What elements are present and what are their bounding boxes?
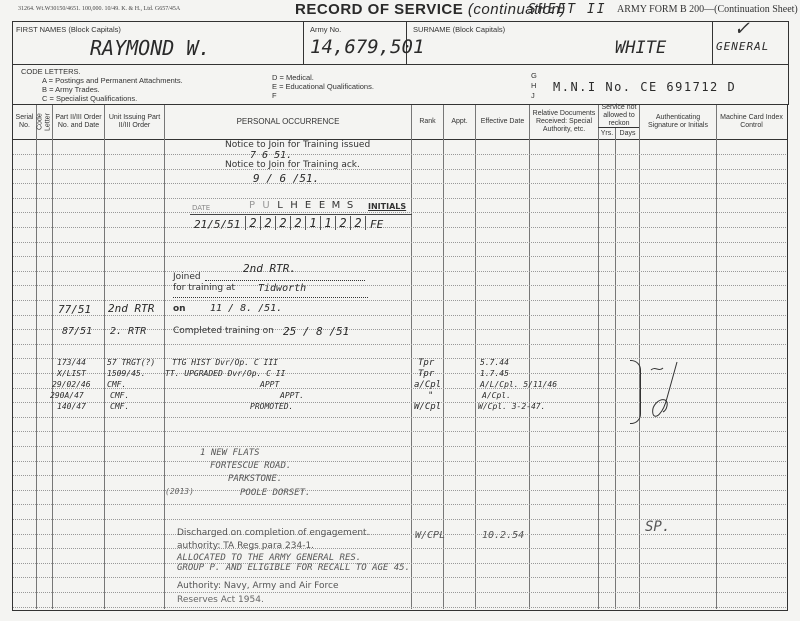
pulheems-h: H xyxy=(287,200,301,211)
pulheems-l: L xyxy=(273,200,287,211)
header-separator xyxy=(12,139,788,140)
army-no-label: Army No. xyxy=(310,25,341,34)
col-rank: Rank xyxy=(412,105,443,139)
code-j: J xyxy=(531,91,535,100)
pulheems-value: 2 xyxy=(260,216,275,230)
allocated-line-2: GROUP P. AND ELIGIBLE FOR RECALL TO AGE … xyxy=(177,563,410,573)
row-line xyxy=(13,461,786,462)
joined-dotline xyxy=(205,280,365,281)
history-occurrence: TT. UPGRADED Dvr/Op. C II xyxy=(165,369,285,378)
row-line xyxy=(13,475,786,476)
history-brace xyxy=(630,360,641,424)
history-date: A/Cpl. xyxy=(482,391,511,400)
pulheems-line xyxy=(190,214,412,215)
row-line xyxy=(13,577,786,578)
history-date: 1.7.45 xyxy=(480,369,509,378)
title-text: RECORD OF SERVICE xyxy=(295,1,463,18)
pulheems-e1: E xyxy=(301,200,315,211)
history-date: 5.7.44 xyxy=(480,358,509,367)
discharge-line-2: authority: TA Regs para 234-1. xyxy=(177,541,314,551)
code-letters-label: CODE LETTERS. xyxy=(21,67,81,76)
pulheems-value: 2 xyxy=(290,216,305,230)
discharge-line-1: Discharged on completion of engagement. xyxy=(177,528,369,538)
pulheems-grid: DATE P U L H E E M S INITIALS 21/5/51 2 … xyxy=(190,200,415,236)
col-order: Part II/III Order No. and Date xyxy=(53,105,104,139)
col-occurrence: PERSONAL OCCURRENCE xyxy=(165,105,411,139)
sheet-number: SHEET II xyxy=(528,2,607,17)
training-label: for training at xyxy=(173,283,235,293)
discharge-signature: SP. xyxy=(645,519,670,535)
row-line xyxy=(13,285,786,286)
allocated-line-1: ALLOCATED TO THE ARMY GENERAL RES. xyxy=(177,553,361,563)
row-line xyxy=(13,256,786,257)
check-mark: ✓ xyxy=(735,16,748,41)
authority-line-2: Reserves Act 1954. xyxy=(177,595,264,605)
row-line xyxy=(13,169,786,170)
col-documents: Relative Documents Received: Special Aut… xyxy=(530,105,598,139)
history-rank: Tpr xyxy=(418,369,434,379)
history-date: W/Cpl. 3-2-47. xyxy=(478,402,545,411)
training-dotline xyxy=(173,297,368,298)
code-f: F xyxy=(272,91,277,100)
row-line xyxy=(13,183,786,184)
history-unit: CMF. xyxy=(110,402,129,411)
row-line xyxy=(13,607,786,608)
pulheems-value: 2 xyxy=(245,216,260,230)
pulheems-initials-label: INITIALS xyxy=(368,202,406,211)
history-unit: 1509/45. xyxy=(107,369,146,378)
code-a: A = Postings and Permanent Attachments. xyxy=(42,76,183,85)
history-rank: Tpr xyxy=(418,358,434,368)
surname-label: SURNAME (Block Capitals) xyxy=(413,25,505,34)
history-unit: CMF. xyxy=(107,380,126,389)
pulheems-p: P xyxy=(245,200,259,211)
address-line-3: PARKSTONE. xyxy=(228,474,282,484)
pulheems-m: M xyxy=(329,200,343,211)
joined-issuer: 2nd RTR xyxy=(108,302,154,315)
notice-ack: Notice to Join for Training ack. xyxy=(225,160,360,170)
pulheems-value: 2 xyxy=(350,216,366,230)
pulheems-value: 1 xyxy=(305,216,320,230)
row-line xyxy=(13,344,786,345)
discharge-rank: W/CPL xyxy=(415,530,445,541)
history-unit: 57 TRGT(?) xyxy=(107,358,155,367)
joined-date: 11 / 8. /51. xyxy=(210,303,282,314)
completed-order: 87/51 xyxy=(62,326,92,337)
col-effective-date: Effective Date xyxy=(476,105,529,139)
army-no-value: 14,679,501 xyxy=(310,36,424,58)
code-d: D = Medical. xyxy=(272,73,314,82)
code-g: G xyxy=(531,71,537,80)
row-line xyxy=(13,431,786,432)
form-title: RECORD OF SERVICE (continuation) xyxy=(295,1,566,18)
category-value: GENERAL xyxy=(716,40,769,53)
history-order: X/LIST xyxy=(57,369,86,378)
code-h: H xyxy=(531,81,536,90)
row-line xyxy=(13,315,786,316)
print-code: 31264. Wt.W30150/4651. 100,000. 10/49. K… xyxy=(18,6,180,12)
col-days: Days xyxy=(616,128,639,139)
row-line xyxy=(13,300,786,301)
row-line xyxy=(13,271,786,272)
history-occurrence: PROMOTED. xyxy=(250,402,293,411)
row-line xyxy=(13,548,786,549)
history-rank: a/Cpl xyxy=(414,380,441,390)
col-serial: Serial No. xyxy=(13,105,36,139)
pulheems-date-label: DATE xyxy=(192,204,210,212)
history-unit: CMF. xyxy=(110,391,129,400)
col-service-not-allowed: Service not allowed to reckon xyxy=(599,105,639,127)
divider xyxy=(712,21,713,64)
pulheems-value: 2 xyxy=(335,216,350,230)
row-line xyxy=(13,504,786,505)
code-e: E = Educational Qualifications. xyxy=(272,82,374,91)
history-order: 173/44 xyxy=(57,358,86,367)
history-order: 140/47 xyxy=(57,402,86,411)
col-machine-card: Machine Card Index Control xyxy=(717,105,786,139)
col-line xyxy=(615,127,616,609)
authority-line-1: Authority: Navy, Army and Air Force xyxy=(177,581,339,591)
discharge-date: 10.2.54 xyxy=(482,530,524,541)
pulheems-headers: P U L H E E M S xyxy=(245,200,357,211)
pulheems-value: 1 xyxy=(320,216,335,230)
pulheems-initials: FE xyxy=(370,218,383,231)
first-names-value: RAYMOND W. xyxy=(90,36,210,60)
pulheems-s: S xyxy=(343,200,357,211)
history-occurrence: APPT xyxy=(260,380,279,389)
history-occurrence: TTG HIST Dvr/Op. C III xyxy=(172,358,278,367)
joined-label: Joined xyxy=(173,272,201,282)
on-label: on xyxy=(173,304,186,314)
history-order: 290A/47 xyxy=(50,391,84,400)
notice-issued: Notice to Join for Training issued xyxy=(225,140,370,150)
code-c: C = Specialist Qualifications. xyxy=(42,94,137,103)
history-rank: " xyxy=(428,391,433,401)
pulheems-e2: E xyxy=(315,200,329,211)
address-line-4: POOLE DORSET. xyxy=(240,488,310,498)
completed-label: Completed training on xyxy=(173,326,274,336)
mni-number: M.N.I No. CE 691712 D xyxy=(553,80,736,94)
pulheems-value: 2 xyxy=(275,216,290,230)
row-line xyxy=(13,490,786,491)
col-signature: Authenticating Signature or Initials xyxy=(640,105,716,139)
completed-issuer: 2. RTR xyxy=(110,326,146,337)
pulheems-date: 21/5/51 xyxy=(194,218,240,231)
history-occurrence: APPT. xyxy=(280,391,304,400)
row-line xyxy=(13,242,786,243)
form-id: ARMY FORM B 200—(Continuation Sheet) xyxy=(617,4,798,15)
address-line-2: FORTESCUE ROAD. xyxy=(210,461,291,471)
first-names-label: FIRST NAMES (Block Capitals) xyxy=(16,25,121,34)
col-unit: Unit Issuing Part II/III Order xyxy=(105,105,164,139)
notice-ack-date: 9 / 6 /51. xyxy=(253,172,319,185)
history-signature-icon xyxy=(645,358,685,428)
divider xyxy=(303,21,304,64)
joined-unit: 2nd RTR. xyxy=(243,262,296,275)
joined-order: 77/51 xyxy=(58,303,91,316)
col-code-letter: Code Letter xyxy=(37,105,52,139)
pulheems-u: U xyxy=(259,200,273,211)
training-place: Tidworth xyxy=(258,283,306,294)
row-line xyxy=(13,198,786,199)
row-line xyxy=(13,154,786,155)
completed-date: 25 / 8 /51 xyxy=(283,325,349,338)
pulheems-values: 2 2 2 2 1 1 2 2 xyxy=(245,216,366,230)
col-appt: Appt. xyxy=(444,105,475,139)
code-b: B = Army Trades. xyxy=(42,85,100,94)
row-line xyxy=(13,592,786,593)
history-rank: W/Cpl xyxy=(414,402,441,412)
history-date: A/L/Cpl. 5/11/46 xyxy=(480,380,557,389)
history-order: 29/02/46 xyxy=(52,380,91,389)
surname-value: WHITE xyxy=(615,38,666,58)
row-line xyxy=(13,446,786,447)
address-ref: (2013) xyxy=(165,487,194,496)
col-yrs: Yrs. xyxy=(599,128,615,139)
address-line-1: 1 NEW FLATS xyxy=(200,448,260,458)
